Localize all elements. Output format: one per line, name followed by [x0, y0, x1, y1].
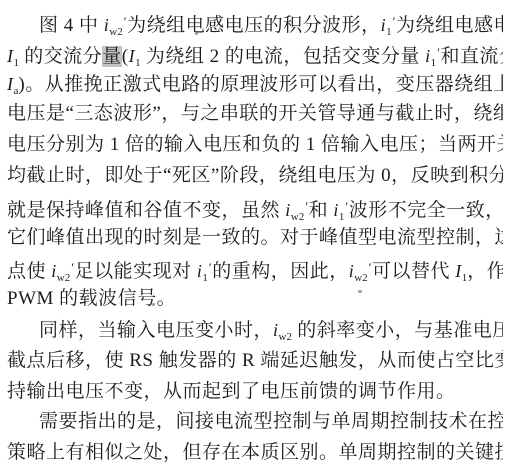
- text-run: 为绕组电感电流: [396, 15, 503, 36]
- math-symbol: i1′: [197, 261, 212, 282]
- text-line: 需要指出的是，间接电流型控制与单周期控制技术在控制: [7, 407, 503, 438]
- text-run: ，作为: [467, 261, 503, 282]
- math-symbol: iw2′: [51, 261, 74, 282]
- math-symbol: iw2′: [349, 261, 372, 282]
- text-line: 电压是“三态波形”，与之串联的开关管导通与截止时，绕组上的: [7, 99, 503, 130]
- scan-artifact: [195, 32, 198, 35]
- text-run: 持输出电压不变，从而起到了电压前馈的调节作用。: [7, 381, 456, 402]
- math-symbol: I1: [455, 261, 467, 282]
- text-run: 为绕组电感电压的积分波形，: [127, 15, 381, 36]
- text-run: 的斜率变小，与基准电压的交: [292, 320, 503, 341]
- math-symbol: i1′: [381, 15, 396, 36]
- text-line: 它们峰值出现的时刻是一致的。对于峰值型电流型控制，这一: [7, 223, 503, 254]
- text-line: 点使 iw2′足以能实现对 i1′的重构，因此，iw2′可以替代 I1，作为: [7, 253, 503, 284]
- text-run: 的交流分: [19, 46, 102, 67]
- text-block: 图 4 中 iw2′为绕组电感电压的积分波形，i1′为绕组电感电流I1 的交流分…: [7, 7, 503, 469]
- scan-artifact: [358, 290, 362, 293]
- text-run: (: [122, 46, 129, 67]
- text-run: 足以能实现对: [75, 261, 197, 282]
- text-run: 均截止时，即处于“死区”阶段，绕组电压为 0，反映到积分波形上: [7, 165, 503, 186]
- text-line: 图 4 中 iw2′为绕组电感电压的积分波形，i1′为绕组电感电流: [7, 7, 503, 38]
- text-run: 策略上有相似之处，但存在本质区别。单周期控制的关键技术: [7, 442, 503, 463]
- text-run: 为绕组 2 的电流，包括交变分量: [141, 46, 426, 67]
- text-run: )。从推挽正激式电路的原理波形可以看出，变压器绕组上的: [18, 74, 503, 95]
- math-symbol: i1′: [425, 46, 440, 67]
- text-run: 就是保持峰值和谷值不变，虽然: [7, 200, 285, 221]
- math-symbol: iw2: [273, 320, 292, 341]
- math-symbol: iw2′: [104, 15, 127, 36]
- math-symbol: I1: [7, 46, 19, 67]
- text-line: 均截止时，即处于“死区”阶段，绕组电压为 0，反映到积分波形上: [7, 161, 503, 192]
- text-run: 它们峰值出现的时刻是一致的。对于峰值型电流型控制，这一: [7, 227, 503, 248]
- text-run: 点使: [7, 261, 51, 282]
- text-line: Ia)。从推挽正激式电路的原理波形可以看出，变压器绕组上的: [7, 69, 503, 100]
- math-symbol: Ia: [7, 74, 18, 95]
- text-run: 电压分别为 1 倍的输入电压和负的 1 倍输入电压；当两开关管: [7, 134, 503, 155]
- text-run: 波形不完全一致，但是: [349, 200, 503, 221]
- text-line: 策略上有相似之处，但存在本质区别。单周期控制的关键技术: [7, 438, 503, 469]
- text-run: 需要指出的是，间接电流型控制与单周期控制技术在控制: [39, 411, 503, 432]
- text-line: 持输出电压不变，从而起到了电压前馈的调节作用。: [7, 377, 503, 408]
- highlighted-text: 量: [102, 46, 122, 67]
- math-symbol: iw2′: [285, 200, 308, 221]
- text-line: PWM 的载波信号。: [7, 284, 503, 315]
- math-symbol: I1: [129, 46, 141, 67]
- text-run: PWM 的载波信号。: [7, 288, 176, 309]
- text-run: 同样，当输入电压变小时，: [39, 320, 273, 341]
- text-line: 同样，当输入电压变小时，iw2 的斜率变小，与基准电压的交: [7, 315, 503, 346]
- text-run: 和直流分量: [440, 46, 503, 67]
- scan-artifact: [152, 303, 155, 306]
- text-run: 和: [309, 200, 334, 221]
- text-run: 截点后移，使 RS 触发器的 R 端延迟触发，从而使占空比变大，保: [7, 350, 503, 371]
- text-line: 就是保持峰值和谷值不变，虽然 iw2′和 i1′波形不完全一致，但是: [7, 192, 503, 223]
- scanned-page: 图 4 中 iw2′为绕组电感电压的积分波形，i1′为绕组电感电流I1 的交流分…: [0, 0, 511, 474]
- math-symbol: i1′: [333, 200, 348, 221]
- text-run: 的重构，因此，: [212, 261, 349, 282]
- text-run: 图 4 中: [39, 15, 104, 36]
- text-line: I1 的交流分量(I1 为绕组 2 的电流，包括交变分量 i1′和直流分量: [7, 38, 503, 69]
- text-run: 电压是“三态波形”，与之串联的开关管导通与截止时，绕组上的: [7, 103, 503, 124]
- text-run: 可以替代: [372, 261, 455, 282]
- text-line: 电压分别为 1 倍的输入电压和负的 1 倍输入电压；当两开关管: [7, 130, 503, 161]
- text-line: 截点后移，使 RS 触发器的 R 端延迟触发，从而使占空比变大，保: [7, 346, 503, 377]
